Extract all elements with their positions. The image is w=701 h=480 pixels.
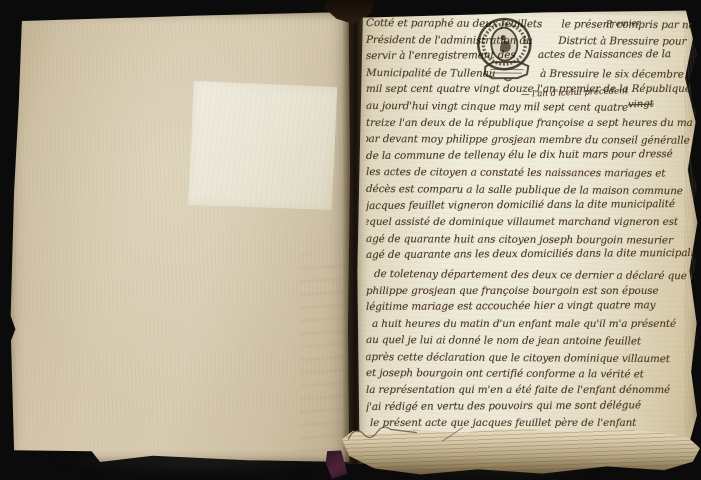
handwritten-line: la représentation qui m'en a été faite d…: [366, 382, 692, 399]
oval-notarial-ink-stamp: [473, 14, 539, 91]
pasted-paper-patch: [184, 77, 341, 215]
left-blank-page: [10, 12, 350, 462]
handwritten-line: j'ai rédigé en vertu des pouvoirs qui me…: [366, 397, 692, 416]
handwritten-line: agé de quarante ans les deux domiciliés …: [366, 245, 692, 264]
archival-scan: Cotté et paraphé au deux feuillets le pr…: [0, 0, 701, 480]
handwritten-line: treize l'an deux de la république franço…: [366, 115, 692, 132]
flourish-stroke: [347, 425, 417, 440]
stamp-graphic: [473, 14, 539, 87]
handwritten-line: de toletenay département des deux ce der…: [374, 266, 692, 285]
signature-flourish: [345, 421, 420, 450]
marginal-word-premier: Premier: [606, 18, 641, 29]
handwritten-line: les actes de citoyen a constaté les nais…: [366, 164, 692, 182]
handwritten-line: lequel assisté de dominique villaumet ma…: [366, 214, 692, 231]
struck-word: vingt: [628, 99, 654, 111]
handwritten-line: a huit heures du matin d'un enfant male …: [372, 316, 692, 333]
handwritten-line: au quel je lui ai donné le nom de jean a…: [366, 332, 692, 350]
handwritten-line: de la commune de tellenay élu le dix hui…: [366, 146, 692, 165]
handwritten-line: légitime mariage est accouchée hier a vi…: [366, 297, 692, 316]
handwritten-line: jacques feuillet vigneron domicilié dans…: [366, 196, 692, 215]
handwritten-line: et joseph bourgoin ont certifié conforme…: [366, 365, 692, 383]
